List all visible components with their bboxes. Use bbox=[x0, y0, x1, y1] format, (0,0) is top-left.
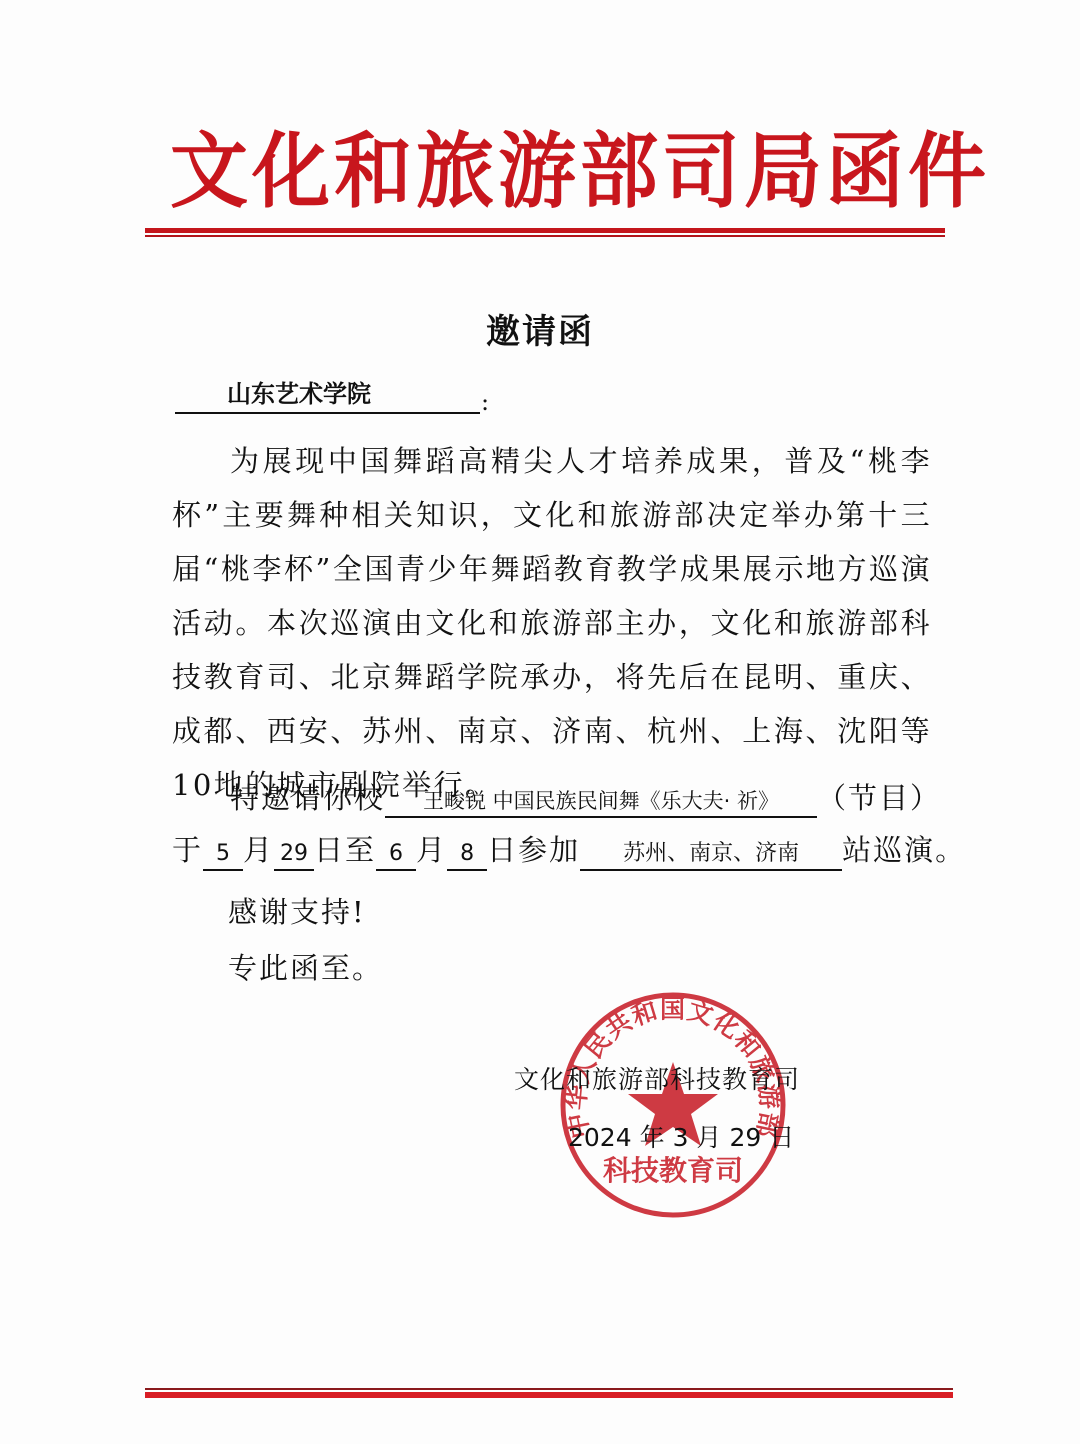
start-day-field: 29 bbox=[274, 839, 314, 871]
date-day: 29 日 bbox=[729, 1123, 794, 1152]
date-month: 3 月 bbox=[673, 1123, 722, 1152]
body-paragraph: 为展现中国舞蹈高精尖人才培养成果，普及“桃李杯”主要舞种相关知识，文化和旅游部决… bbox=[172, 434, 932, 812]
document-heading: 邀请函 bbox=[0, 304, 1080, 353]
invite-suffix: （节目） bbox=[817, 781, 941, 815]
signature-date: 2024 年3 月29 日 bbox=[568, 1118, 802, 1154]
closing-line: 专此函至。 bbox=[228, 946, 1008, 987]
letterhead-rule-thick bbox=[145, 228, 945, 233]
signature-organization: 文化和旅游部科技教育司 bbox=[514, 1060, 800, 1096]
schedule-line: 于5月29日至6月8日参加苏州、南京、济南站巡演。 bbox=[172, 828, 952, 871]
recipient-colon: : bbox=[481, 388, 489, 416]
schedule-suffix: 站巡演。 bbox=[842, 833, 966, 867]
recipient-underline bbox=[175, 412, 480, 414]
month-label: 月 bbox=[243, 833, 274, 867]
day-to-label: 日至 bbox=[314, 833, 376, 867]
invite-prefix: 特邀请你校 bbox=[230, 781, 385, 815]
official-seal-icon: 中华人民共和国文化和旅游部 科技教育司 bbox=[558, 990, 788, 1220]
invite-line: 特邀请你校王畯锐 中国民族民间舞《乐大夫· 祈》（节目） bbox=[172, 776, 952, 818]
document-page: 文化和旅游部司局函件 邀请函 山东艺术学院 : 为展现中国舞蹈高精尖人才培养成果… bbox=[0, 0, 1080, 1444]
schedule-prefix: 于 bbox=[172, 833, 203, 867]
thanks-line: 感谢支持! bbox=[228, 890, 1008, 931]
date-year: 2024 年 bbox=[568, 1123, 665, 1152]
letterhead-rule-thin bbox=[145, 235, 945, 237]
start-month-field: 5 bbox=[203, 839, 243, 871]
recipient-name: 山东艺术学院 bbox=[227, 374, 371, 409]
end-month-field: 6 bbox=[376, 839, 416, 871]
footer-rule-thin bbox=[145, 1388, 953, 1390]
letterhead-title: 文化和旅游部司局函件 bbox=[170, 122, 930, 223]
join-label: 日参加 bbox=[487, 833, 580, 867]
recipient-field: 山东艺术学院 : bbox=[175, 370, 505, 416]
program-fill-field: 王畯锐 中国民族民间舞《乐大夫· 祈》 bbox=[385, 786, 817, 818]
month-label: 月 bbox=[416, 833, 447, 867]
end-day-field: 8 bbox=[447, 839, 487, 871]
footer-rule-thick bbox=[145, 1392, 953, 1398]
stations-field: 苏州、南京、济南 bbox=[580, 839, 842, 871]
seal-inner-text: 科技教育司 bbox=[603, 1154, 743, 1187]
